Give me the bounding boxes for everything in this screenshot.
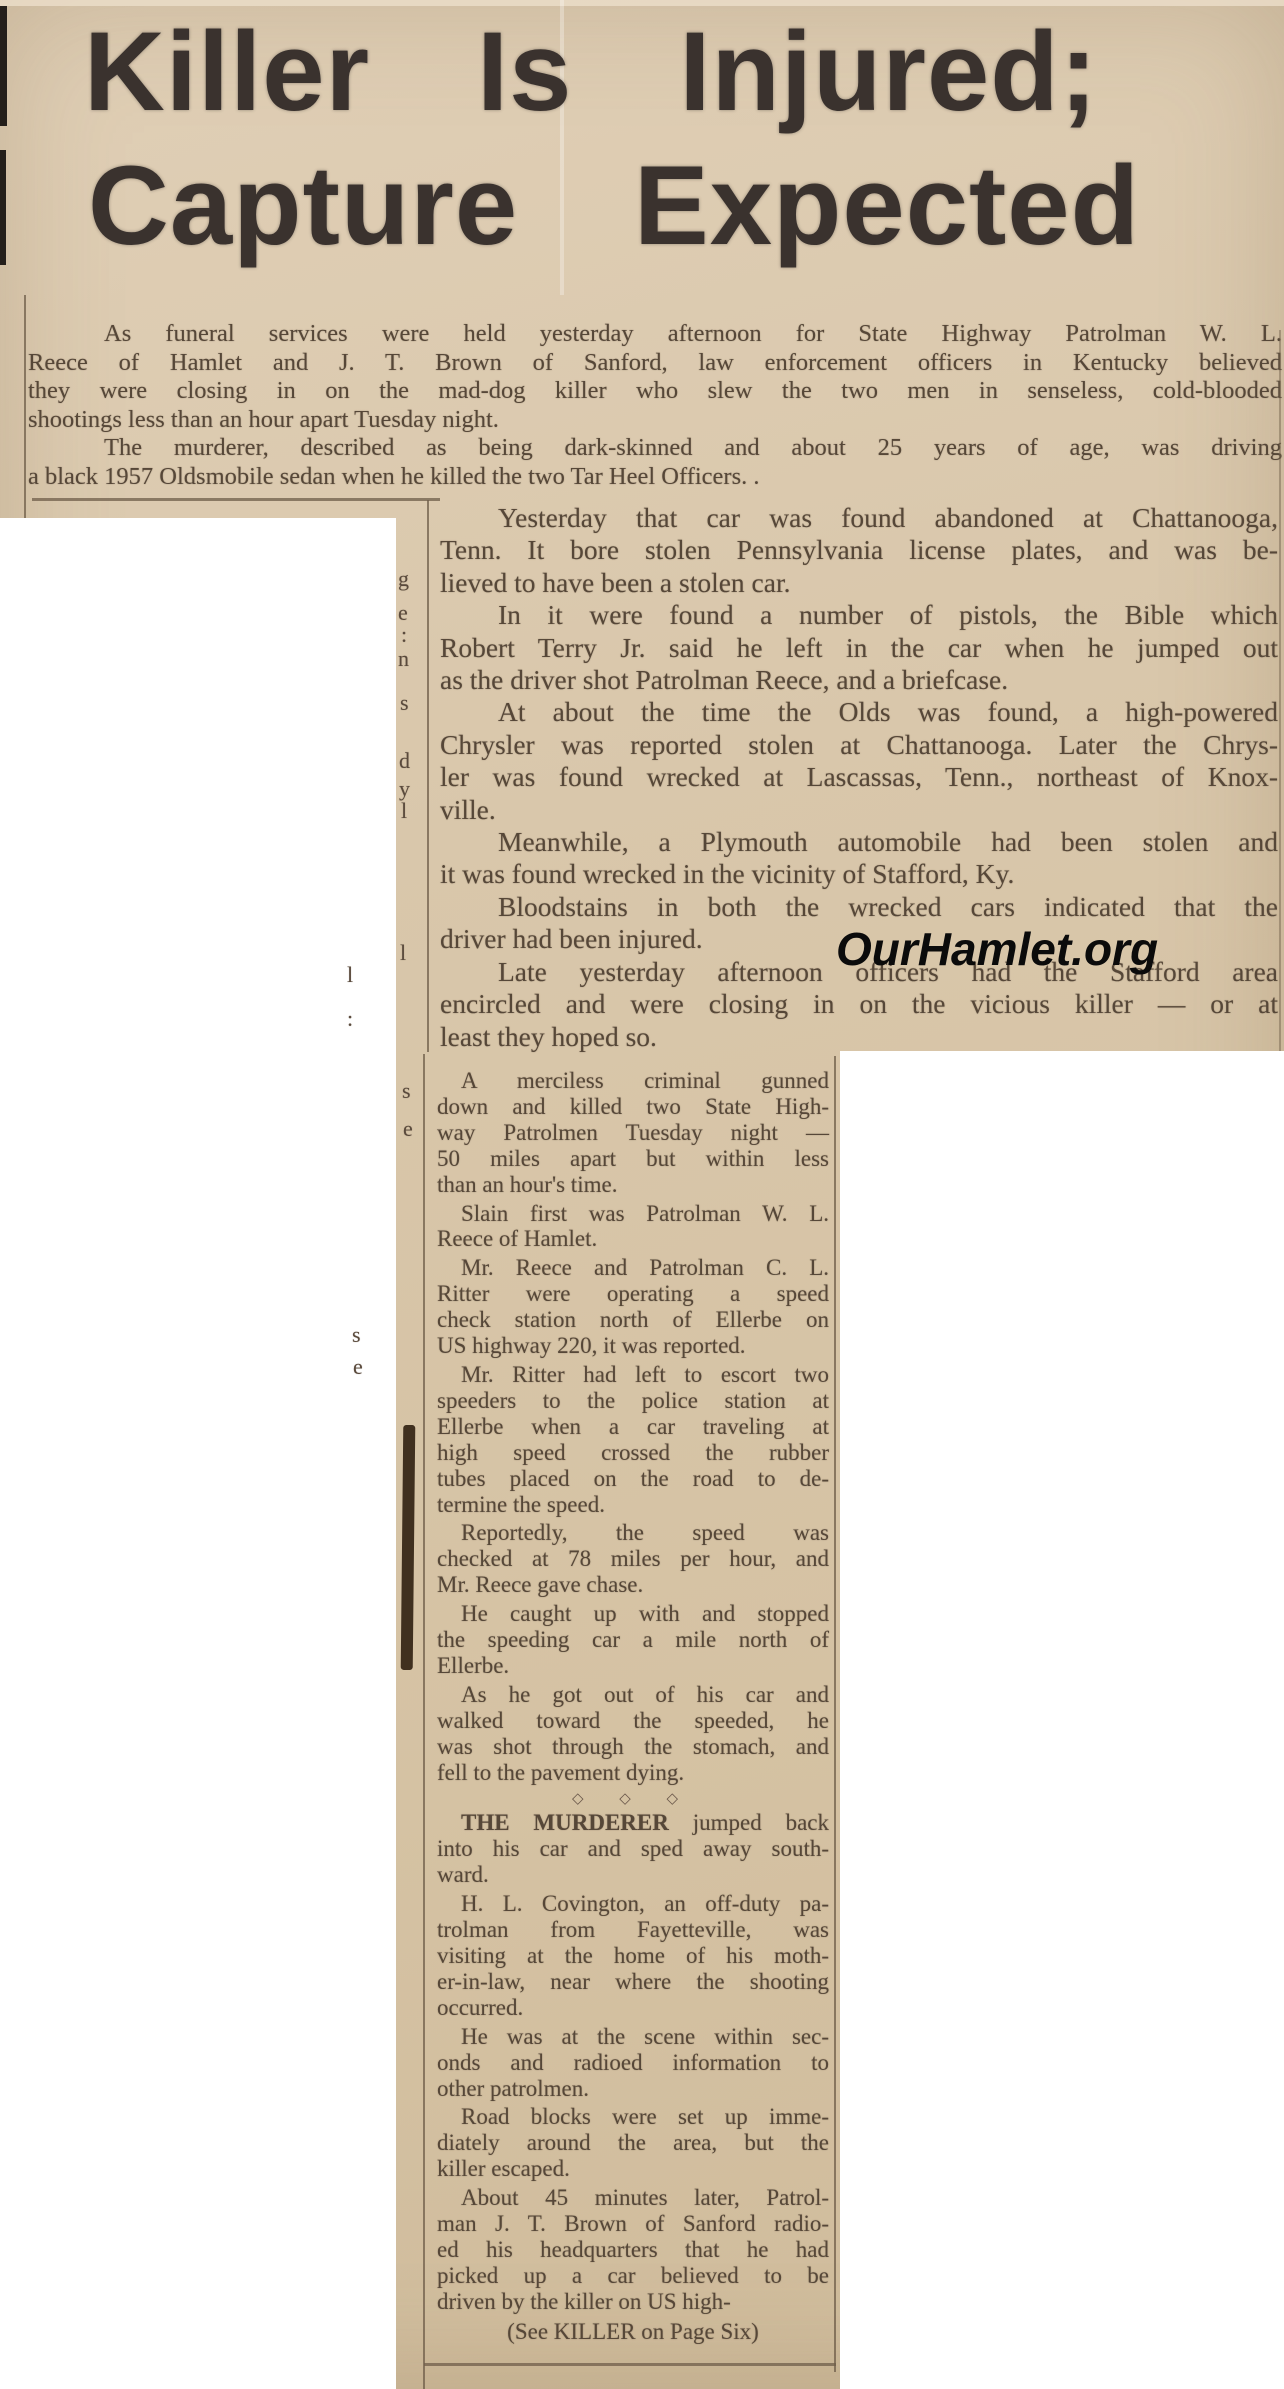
letter-fragment: : xyxy=(401,622,407,648)
text-line: was shot through the stomach, and xyxy=(437,1734,829,1760)
text-line: THE MURDERER jumped back xyxy=(437,1810,829,1836)
text-line: 50 miles apart but within less xyxy=(437,1146,829,1172)
paragraph: He was at the scene within sec-onds and … xyxy=(437,2024,829,2102)
letter-fragment: s xyxy=(402,1078,411,1104)
text-line: Bloodstains in both the wrecked cars ind… xyxy=(440,891,1278,923)
headline-line-2: Capture Expected xyxy=(88,150,1140,262)
text-line: Ritter were operating a speed xyxy=(437,1281,829,1307)
text-line: Road blocks were set up imme- xyxy=(437,2104,829,2130)
text-line: About 45 minutes later, Patrol- xyxy=(437,2185,829,2211)
letter-fragment: l xyxy=(401,798,407,824)
letter-fragment: l xyxy=(400,940,406,966)
letter-fragment: g xyxy=(398,566,409,592)
text-line: high speed crossed the rubber xyxy=(437,1440,829,1466)
paragraph: THE MURDERER jumped backinto his car and… xyxy=(437,1810,829,1888)
newspaper-clipping: Killer Is Injured; Capture Expected As f… xyxy=(0,0,1284,2389)
text-line: checked at 78 miles per hour, and xyxy=(437,1546,829,1572)
text-line: down and killed two State High- xyxy=(437,1094,829,1120)
lead-paragraphs: As funeral services were held yesterday … xyxy=(28,320,1282,491)
letter-fragment: e xyxy=(403,1116,413,1142)
letter-fragment: d xyxy=(399,748,410,774)
text-line: encircled and were closing in on the vic… xyxy=(440,988,1278,1020)
paragraph: In it were found a number of pistols, th… xyxy=(440,599,1278,696)
paragraph: He caught up with and stoppedthe speedin… xyxy=(437,1601,829,1679)
text-line: He caught up with and stopped xyxy=(437,1601,829,1627)
narrow-column: A merciless criminal gunneddown and kill… xyxy=(437,1068,829,2346)
text-line: Ellerbe. xyxy=(437,1653,829,1679)
text-line: Reece of Hamlet. xyxy=(437,1226,829,1252)
text-line: Chrysler was reported stolen at Chattano… xyxy=(440,729,1278,761)
text-line: ward. xyxy=(437,1862,829,1888)
headline-line-1: Killer Is Injured; xyxy=(84,16,1098,128)
text-line: Mr. Reece gave chase. xyxy=(437,1572,829,1598)
letter-fragment: e xyxy=(353,1354,363,1380)
column-rule xyxy=(427,500,429,1052)
scan-edge-mark xyxy=(0,150,6,265)
text-line: visiting at the home of his moth- xyxy=(437,1943,829,1969)
text-line: In it were found a number of pistols, th… xyxy=(440,599,1278,631)
white-redaction-left xyxy=(0,518,396,2389)
text-line: least they hoped so. xyxy=(440,1021,1278,1053)
letter-fragment: n xyxy=(398,646,409,672)
text-line: Ellerbe when a car traveling at xyxy=(437,1414,829,1440)
text-line: At about the time the Olds was found, a … xyxy=(440,696,1278,728)
watermark-text: OurHamlet.org xyxy=(836,922,1158,976)
text-line: occurred. xyxy=(437,1995,829,2021)
paragraph: The murderer, described as being dark-sk… xyxy=(28,434,1282,491)
paragraph: H. L. Covington, an off-duty pa-trolman … xyxy=(437,1891,829,2021)
text-line: they were closing in on the mad-dog kill… xyxy=(28,377,1282,406)
text-line: trolman from Fayetteville, was xyxy=(437,1917,829,1943)
text-line: Slain first was Patrolman W. L. xyxy=(437,1201,829,1227)
text-line: a black 1957 Oldsmobile sedan when he ki… xyxy=(28,463,1282,492)
text-line: US highway 220, it was reported. xyxy=(437,1333,829,1359)
paragraph: Slain first was Patrolman W. L.Reece of … xyxy=(437,1201,829,1253)
article-end-rule xyxy=(424,2363,836,2366)
text-line: lieved to have been a stolen car. xyxy=(440,567,1278,599)
text-line: fell to the pavement dying. xyxy=(437,1760,829,1786)
paragraph: Reportedly, the speed waschecked at 78 m… xyxy=(437,1520,829,1598)
text-line: tubes placed on the road to de- xyxy=(437,1466,829,1492)
text-line: shootings less than an hour apart Tuesda… xyxy=(28,406,1282,435)
text-line: He was at the scene within sec- xyxy=(437,2024,829,2050)
text-line: than an hour's time. xyxy=(437,1172,829,1198)
text-line: Yesterday that car was found abandoned a… xyxy=(440,502,1278,534)
letter-fragment: l xyxy=(347,962,353,988)
text-line: speeders to the police station at xyxy=(437,1388,829,1414)
text-line: check station north of Ellerbe on xyxy=(437,1307,829,1333)
text-line: picked up a car believed to be xyxy=(437,2263,829,2289)
paper-top-edge xyxy=(0,0,1284,6)
text-line: ville. xyxy=(440,794,1278,826)
white-redaction-right xyxy=(840,1051,1284,2389)
text-line: onds and radioed information to xyxy=(437,2050,829,2076)
letter-fragment: s xyxy=(400,690,409,716)
paragraph: Meanwhile, a Plymouth automobile had bee… xyxy=(440,826,1278,891)
text-line: diately around the area, but the xyxy=(437,2130,829,2156)
text-line: driven by the killer on US high- xyxy=(437,2289,829,2315)
text-line: Tenn. It bore stolen Pennsylvania licens… xyxy=(440,534,1278,566)
text-line: termine the speed. xyxy=(437,1492,829,1518)
paragraph: As he got out of his car andwalked towar… xyxy=(437,1682,829,1786)
scan-edge-mark xyxy=(0,6,7,126)
paragraph: About 45 minutes later, Patrol-man J. T.… xyxy=(437,2185,829,2315)
text-line: Mr. Reece and Patrolman C. L. xyxy=(437,1255,829,1281)
continuation-note: (See KILLER on Page Six) xyxy=(437,2318,829,2346)
paragraph: A merciless criminal gunneddown and kill… xyxy=(437,1068,829,1198)
text-line: Mr. Ritter had left to escort two xyxy=(437,1362,829,1388)
letter-fragment: s xyxy=(352,1322,361,1348)
text-line: as the driver shot Patrolman Reece, and … xyxy=(440,664,1278,696)
text-line: The murderer, described as being dark-sk… xyxy=(28,434,1282,463)
text-line: Reece of Hamlet and J. T. Brown of Sanfo… xyxy=(28,349,1282,378)
text-line: ed his headquarters that he had xyxy=(437,2237,829,2263)
text-line: Meanwhile, a Plymouth automobile had bee… xyxy=(440,826,1278,858)
text-line: ler was found wrecked at Lascassas, Tenn… xyxy=(440,761,1278,793)
text-line: into his car and sped away south- xyxy=(437,1836,829,1862)
text-line: man J. T. Brown of Sanford radio- xyxy=(437,2211,829,2237)
paragraph: Yesterday that car was found abandoned a… xyxy=(440,502,1278,599)
text-line: way Patrolmen Tuesday night — xyxy=(437,1120,829,1146)
text-line: As he got out of his car and xyxy=(437,1682,829,1708)
letter-fragment: : xyxy=(347,1006,353,1032)
text-line: killer escaped. xyxy=(437,2156,829,2182)
text-line: H. L. Covington, an off-duty pa- xyxy=(437,1891,829,1917)
paragraph: Mr. Reece and Patrolman C. L.Ritter were… xyxy=(437,1255,829,1359)
ornament-separator: ◇ ◇ ◇ xyxy=(437,1788,829,1810)
text-line: Robert Terry Jr. said he left in the car… xyxy=(440,632,1278,664)
text-line: A merciless criminal gunned xyxy=(437,1068,829,1094)
text-line: er-in-law, near where the shooting xyxy=(437,1969,829,1995)
text-line: other patrolmen. xyxy=(437,2076,829,2102)
column-rule xyxy=(1279,330,1281,1052)
column-rule xyxy=(834,1056,836,2372)
text-line: it was found wrecked in the vicinity of … xyxy=(440,858,1278,890)
paragraph: At about the time the Olds was found, a … xyxy=(440,696,1278,826)
ink-smudge-bar xyxy=(401,1425,416,1670)
paragraph: As funeral services were held yesterday … xyxy=(28,320,1282,434)
column-rule xyxy=(24,295,26,520)
column-rule xyxy=(423,1054,425,2389)
text-line: walked toward the speeded, he xyxy=(437,1708,829,1734)
paragraph: Road blocks were set up imme-diately aro… xyxy=(437,2104,829,2182)
section-divider-rule xyxy=(32,498,440,501)
paragraph: Mr. Ritter had left to escort twospeeder… xyxy=(437,1362,829,1517)
text-line: Reportedly, the speed was xyxy=(437,1520,829,1546)
text-line: As funeral services were held yesterday … xyxy=(28,320,1282,349)
text-line: the speeding car a mile north of xyxy=(437,1627,829,1653)
